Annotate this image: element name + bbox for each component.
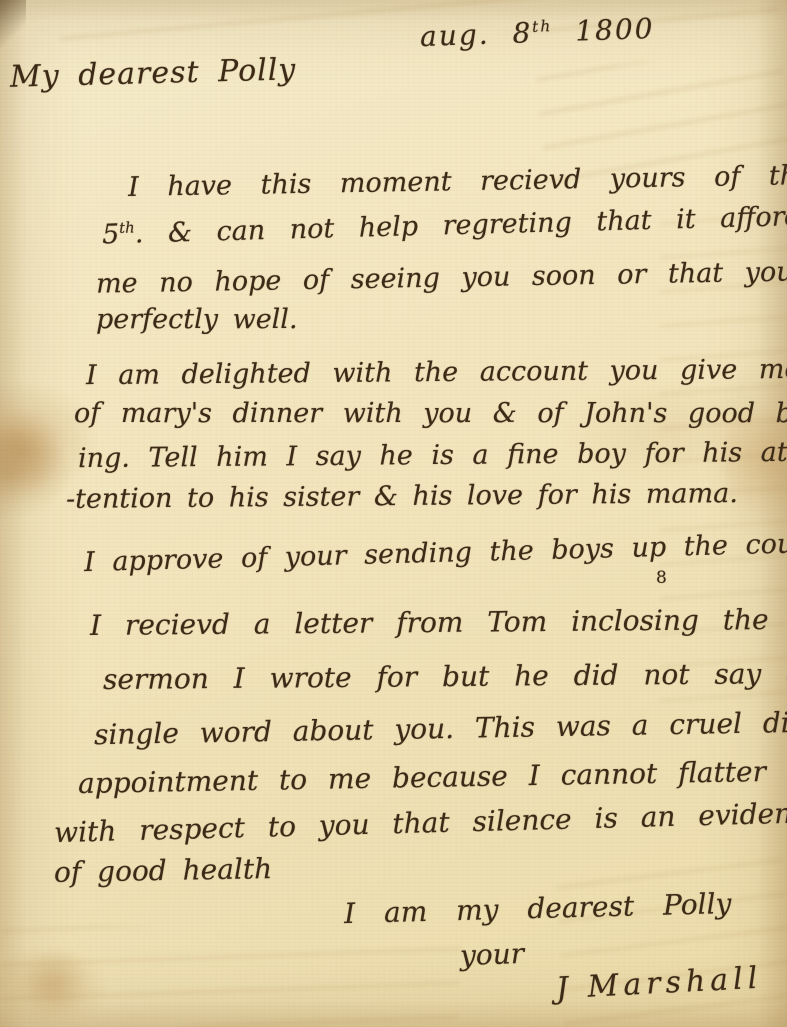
- closing-line: I am my dearest Polly: [344, 887, 732, 930]
- valediction: your: [459, 937, 524, 972]
- para4-line3: single word about you. This was a cruel …: [94, 706, 787, 751]
- date-day: 8: [512, 16, 533, 50]
- para3-line1: I approve of your sending the boys up th…: [84, 527, 787, 578]
- para4-line1: I recievd a letter from Tom inclosing th…: [90, 603, 769, 642]
- page-corner-shadow: [0, 0, 26, 60]
- salutation: My dearest Polly: [10, 52, 297, 94]
- para1-line2-ordinal: th: [119, 218, 135, 236]
- signature: J Marshall: [555, 961, 763, 1007]
- letter-page: aug. 8th 1800 My dearest Polly I have th…: [0, 0, 787, 1027]
- date-ordinal: th: [532, 17, 553, 36]
- para1-line3: me no hope of seeing you soon or that yo…: [96, 255, 787, 299]
- date-line: aug. 8th 1800: [419, 12, 655, 53]
- para2-line2: of mary's dinner with you & of John's go…: [74, 398, 787, 429]
- para4-line2: sermon I wrote for but he did not say a: [103, 657, 787, 696]
- paper-stain: [18, 952, 92, 1014]
- date-month: aug.: [419, 18, 490, 53]
- stray-ink-mark: 8: [656, 568, 667, 588]
- para2-line1: I am delighted with the account you give…: [86, 354, 787, 391]
- ink-show-through: [0, 922, 462, 1027]
- para2-line4: -tention to his sister & his love for hi…: [66, 478, 738, 515]
- paper-stain: [0, 408, 66, 494]
- para1-line2-rest: . & can not help regreting that it affor…: [134, 201, 787, 250]
- date-year: 1800: [575, 12, 655, 48]
- para1-line2: 5th. & can not help regreting that it af…: [102, 201, 787, 251]
- para1-line4: perfectly well.: [96, 304, 298, 335]
- para1-line1: I have this moment recievd yours of the: [128, 160, 787, 203]
- para2-line3: ing. Tell him I say he is a fine boy for…: [78, 437, 787, 474]
- para4-line6: of good health: [54, 852, 273, 889]
- para4-line4: appointment to me because I cannot flatt…: [78, 753, 787, 800]
- para1-line2-day: 5: [102, 219, 120, 250]
- para4-line5: with respect to you that silence is an e…: [54, 796, 787, 849]
